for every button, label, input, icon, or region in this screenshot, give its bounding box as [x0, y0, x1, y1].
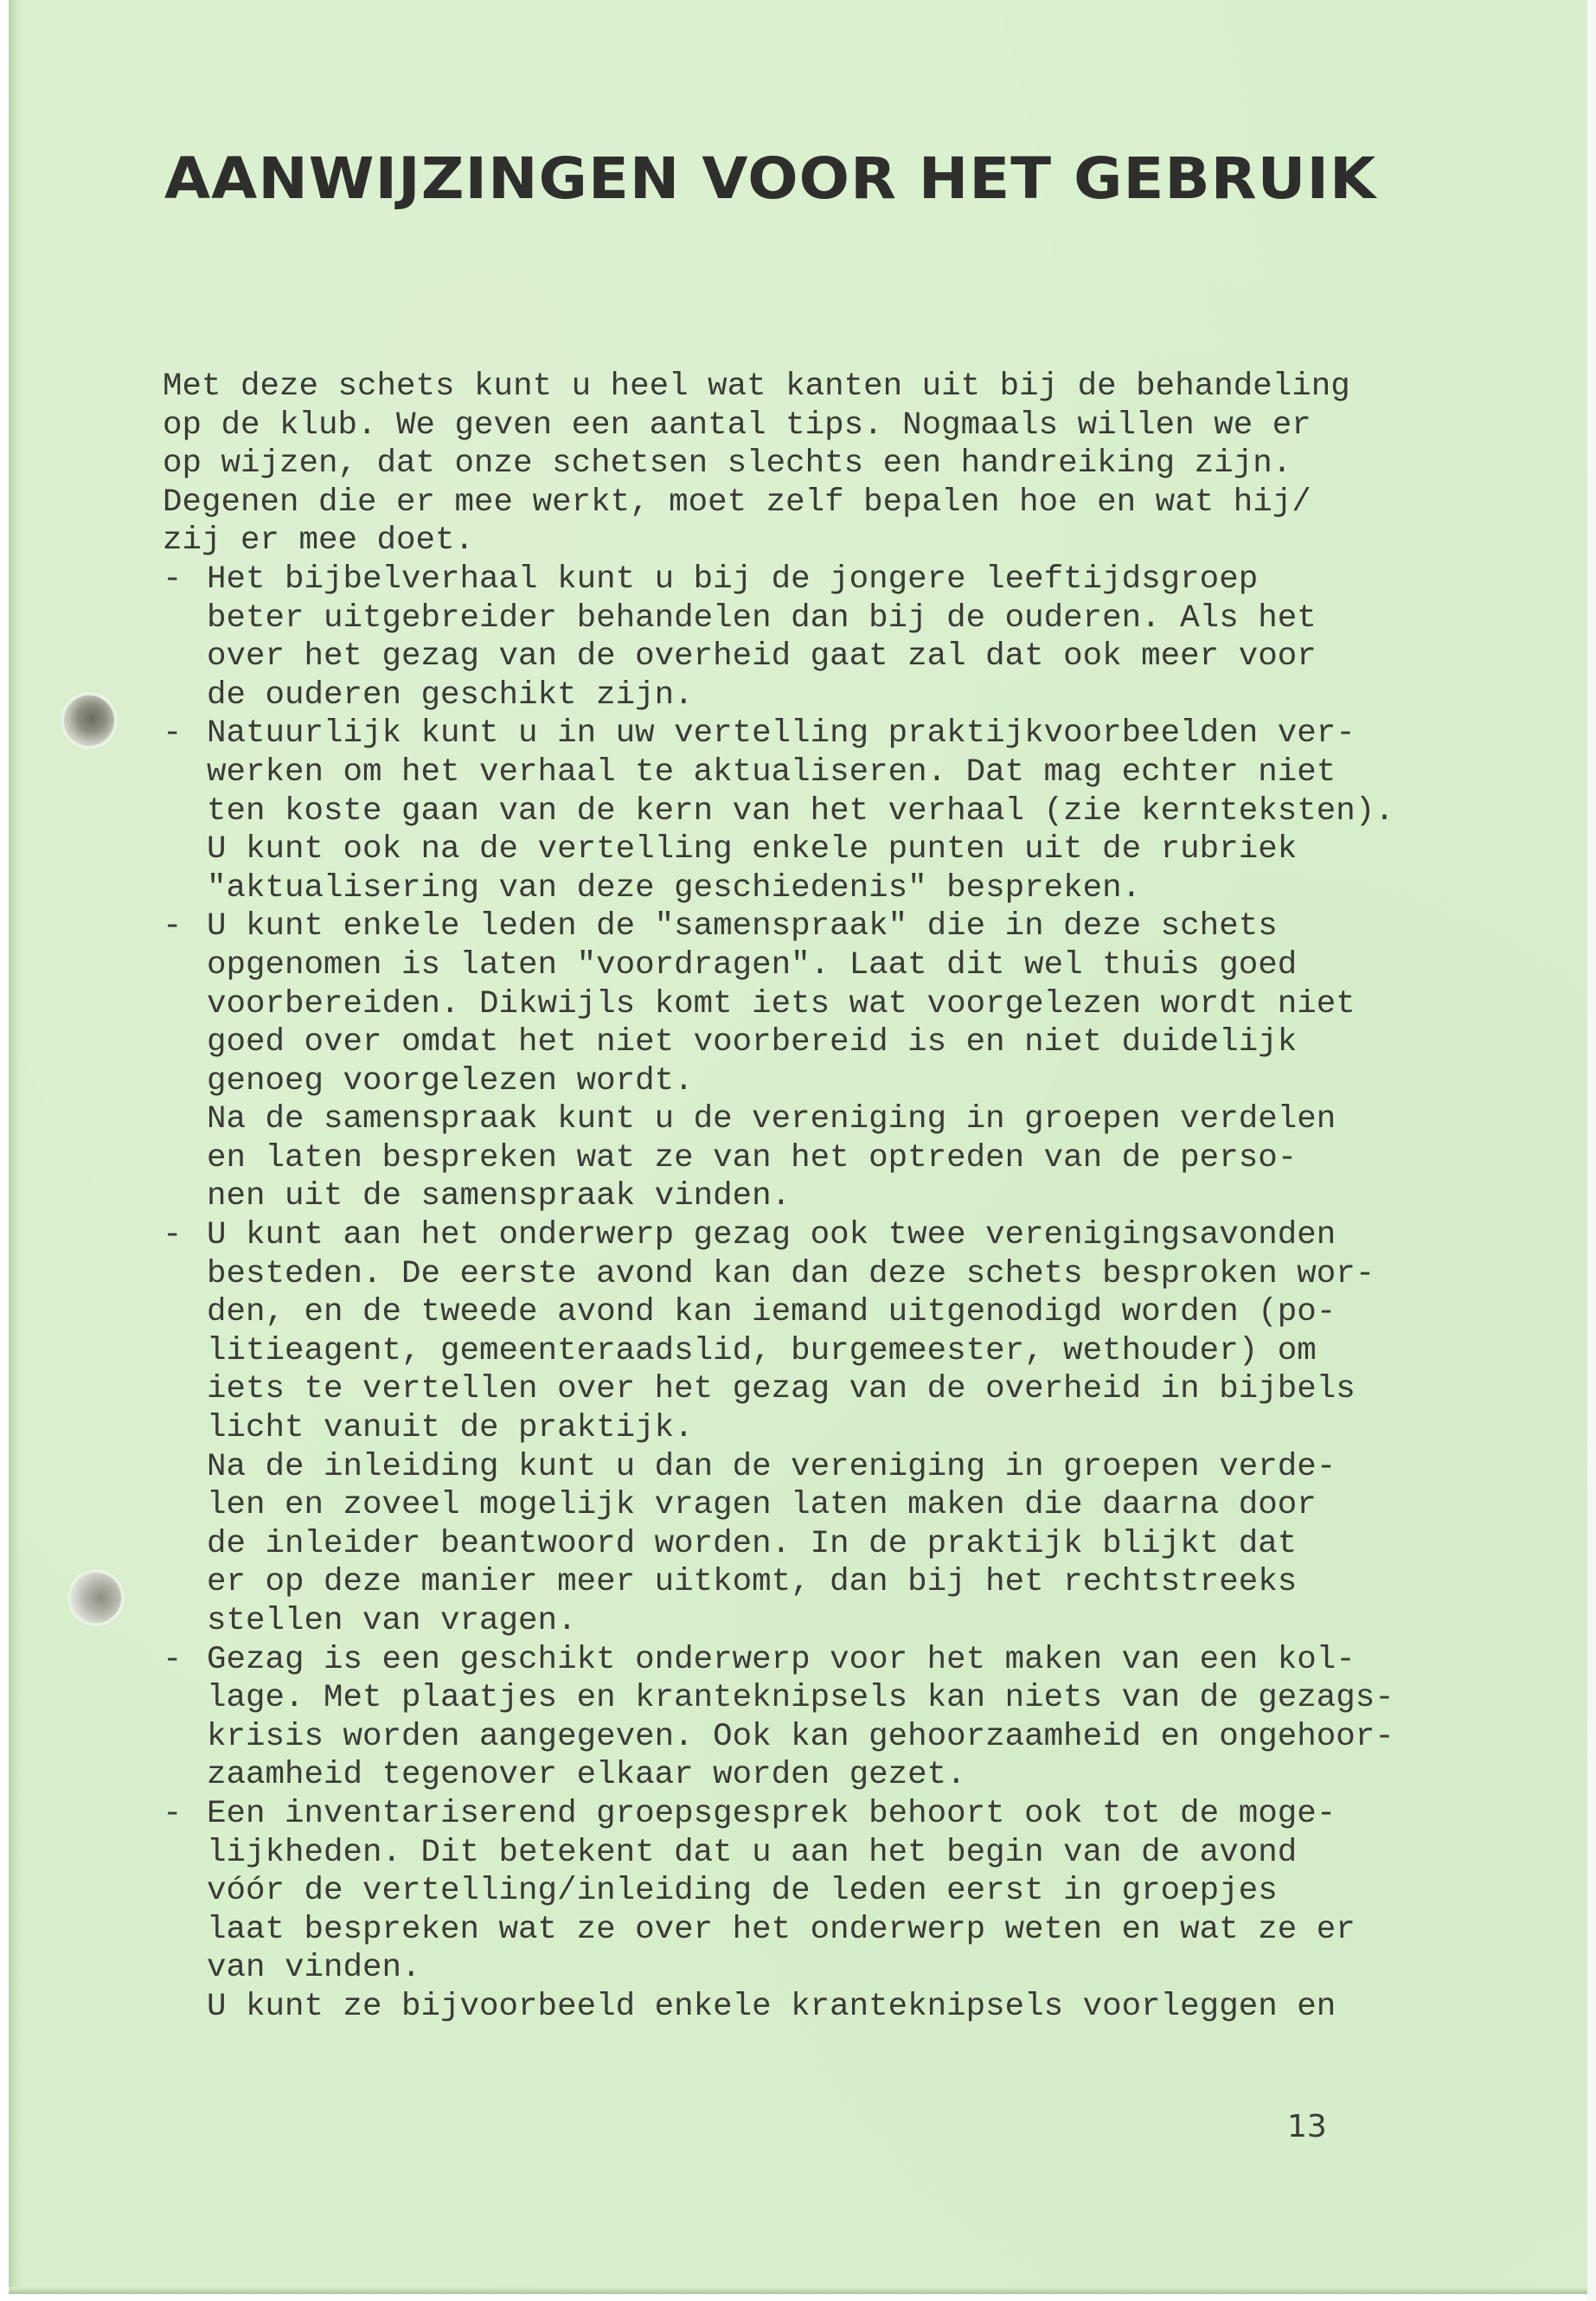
text-line: lage. Met plaatjes en kranteknipsels kan… — [163, 1679, 1460, 1718]
page-number: 13 — [1287, 2109, 1327, 2144]
line-text: den, en de tweede avond kan iemand uitge… — [207, 1294, 1336, 1330]
bullet-dash-icon: - — [163, 907, 207, 946]
document-page: AANWIJZINGEN VOOR HET GEBRUIK Met deze s… — [9, 0, 1587, 2294]
line-text: Een inventariserend groepsgesprek behoor… — [207, 1796, 1336, 1832]
line-text: Natuurlijk kunt u in uw vertelling prakt… — [207, 715, 1356, 752]
line-text: litieagent, gemeenteraadslid, burgemeest… — [207, 1333, 1317, 1369]
text-line: stellen van vragen. — [163, 1602, 1460, 1641]
list-item-start-line: -U kunt enkele leden de "samenspraak" di… — [163, 907, 1460, 946]
text-line: ten koste gaan van de kern van het verha… — [163, 792, 1460, 831]
text-line: Na de inleiding kunt u dan de vereniging… — [163, 1448, 1460, 1487]
text-line: werken om het verhaal te aktualiseren. D… — [163, 753, 1460, 792]
text-line: laat bespreken wat ze over het onderwerp… — [163, 1911, 1460, 1950]
text-line: over het gezag van de overheid gaat zal … — [163, 638, 1460, 676]
line-text: er op deze manier meer uitkomt, dan bij … — [207, 1564, 1297, 1600]
text-line: goed over omdat het niet voorbereid is e… — [163, 1023, 1460, 1062]
line-text: op de klub. We geven een aantal tips. No… — [163, 407, 1311, 444]
text-line: litieagent, gemeenteraadslid, burgemeest… — [163, 1332, 1460, 1371]
text-line: krisis worden aangegeven. Ook kan gehoor… — [163, 1718, 1460, 1757]
line-text: zij er mee doet. — [163, 522, 474, 559]
line-text: licht vanuit de praktijk. — [207, 1410, 694, 1446]
text-line: U kunt ze bijvoorbeeld enkele kranteknip… — [163, 1988, 1460, 2027]
text-line: den, en de tweede avond kan iemand uitge… — [163, 1293, 1460, 1332]
bullet-dash-icon: - — [163, 1795, 207, 1834]
text-line: op wijzen, dat onze schetsen slechts een… — [163, 445, 1460, 484]
text-line: de inleider beantwoord worden. In de pra… — [163, 1525, 1460, 1564]
line-text: op wijzen, dat onze schetsen slechts een… — [163, 445, 1292, 482]
text-line: op de klub. We geven een aantal tips. No… — [163, 407, 1460, 445]
line-text: U kunt ze bijvoorbeeld enkele kranteknip… — [207, 1989, 1336, 2025]
line-text: nen uit de samenspraak vinden. — [207, 1178, 791, 1215]
line-text: en laten bespreken wat ze van het optred… — [207, 1140, 1297, 1176]
line-text: Na de samenspraak kunt u de vereniging i… — [207, 1101, 1336, 1138]
text-line: "aktualisering van deze geschiedenis" be… — [163, 869, 1460, 908]
line-text: over het gezag van de overheid gaat zal … — [207, 638, 1317, 675]
line-text: lage. Met plaatjes en kranteknipsels kan… — [207, 1680, 1394, 1716]
line-text: werken om het verhaal te aktualiseren. D… — [207, 754, 1336, 791]
text-line: voorbereiden. Dikwijls komt iets wat voo… — [163, 985, 1460, 1024]
line-text: vóór de vertelling/inleiding de leden ee… — [207, 1873, 1278, 1909]
text-line: zaamheid tegenover elkaar worden gezet. — [163, 1756, 1460, 1795]
line-text: Het bijbelverhaal kunt u bij de jongere … — [207, 561, 1258, 598]
bullet-dash-icon: - — [163, 715, 207, 753]
list-item-start-line: -U kunt aan het onderwerp gezag ook twee… — [163, 1216, 1460, 1255]
line-text: ten koste gaan van de kern van het verha… — [207, 793, 1394, 830]
text-line: de ouderen geschikt zijn. — [163, 676, 1460, 715]
line-text: van vinden. — [207, 1950, 421, 1986]
punch-hole-icon — [71, 1573, 121, 1623]
line-text: Na de inleiding kunt u dan de vereniging… — [207, 1449, 1336, 1485]
line-text: Met deze schets kunt u heel wat kanten u… — [163, 369, 1350, 405]
list-item-start-line: -Het bijbelverhaal kunt u bij de jongere… — [163, 561, 1460, 599]
page-bottom-edge — [9, 2287, 1587, 2294]
text-line: van vinden. — [163, 1949, 1460, 1988]
line-text: Degenen die er mee werkt, moet zelf bepa… — [163, 484, 1311, 521]
text-line: er op deze manier meer uitkomt, dan bij … — [163, 1563, 1460, 1602]
text-line: Degenen die er mee werkt, moet zelf bepa… — [163, 484, 1460, 522]
body-text: Met deze schets kunt u heel wat kanten u… — [163, 368, 1460, 2027]
line-text: stellen van vragen. — [207, 1603, 577, 1639]
line-text: len en zoveel mogelijk vragen laten make… — [207, 1487, 1317, 1523]
line-text: lijkheden. Dit betekent dat u aan het be… — [207, 1835, 1297, 1871]
line-text: krisis worden aangegeven. Ook kan gehoor… — [207, 1719, 1394, 1755]
line-text: genoeg voorgelezen wordt. — [207, 1063, 694, 1099]
text-line: Met deze schets kunt u heel wat kanten u… — [163, 368, 1460, 407]
text-line: opgenomen is laten "voordragen". Laat di… — [163, 946, 1460, 985]
page-title: AANWIJZINGEN VOOR HET GEBRUIK — [164, 145, 1376, 212]
line-text: voorbereiden. Dikwijls komt iets wat voo… — [207, 986, 1356, 1022]
line-text: goed over omdat het niet voorbereid is e… — [207, 1024, 1297, 1061]
text-line: len en zoveel mogelijk vragen laten make… — [163, 1486, 1460, 1525]
text-line: iets te vertellen over het gezag van de … — [163, 1370, 1460, 1409]
list-item-start-line: -Een inventariserend groepsgesprek behoo… — [163, 1795, 1460, 1834]
text-line: zij er mee doet. — [163, 522, 1460, 561]
text-line: vóór de vertelling/inleiding de leden ee… — [163, 1872, 1460, 1911]
text-line: U kunt ook na de vertelling enkele punte… — [163, 830, 1460, 869]
line-text: U kunt aan het onderwerp gezag ook twee … — [207, 1217, 1336, 1253]
bullet-dash-icon: - — [163, 1216, 207, 1255]
text-line: en laten bespreken wat ze van het optred… — [163, 1139, 1460, 1178]
line-text: de inleider beantwoord worden. In de pra… — [207, 1526, 1297, 1562]
text-line: genoeg voorgelezen wordt. — [163, 1062, 1460, 1101]
list-item-start-line: -Gezag is een geschikt onderwerp voor he… — [163, 1641, 1460, 1680]
page-left-edge — [9, 0, 21, 2294]
list-item-start-line: -Natuurlijk kunt u in uw vertelling prak… — [163, 715, 1460, 753]
text-line: Na de samenspraak kunt u de vereniging i… — [163, 1100, 1460, 1139]
line-text: "aktualisering van deze geschiedenis" be… — [207, 870, 1141, 907]
line-text: besteden. De eerste avond kan dan deze s… — [207, 1256, 1375, 1292]
bullet-dash-icon: - — [163, 1641, 207, 1680]
line-text: beter uitgebreider behandelen dan bij de… — [207, 600, 1317, 637]
text-line: licht vanuit de praktijk. — [163, 1409, 1460, 1448]
line-text: U kunt ook na de vertelling enkele punte… — [207, 831, 1297, 868]
text-line: lijkheden. Dit betekent dat u aan het be… — [163, 1834, 1460, 1873]
text-line: besteden. De eerste avond kan dan deze s… — [163, 1255, 1460, 1294]
line-text: de ouderen geschikt zijn. — [207, 677, 694, 714]
line-text: laat bespreken wat ze over het onderwerp… — [207, 1912, 1356, 1948]
line-text: U kunt enkele leden de "samenspraak" die… — [207, 908, 1278, 945]
punch-hole-icon — [64, 695, 114, 746]
text-line: beter uitgebreider behandelen dan bij de… — [163, 599, 1460, 638]
line-text: zaamheid tegenover elkaar worden gezet. — [207, 1757, 966, 1793]
bullet-dash-icon: - — [163, 561, 207, 599]
text-line: nen uit de samenspraak vinden. — [163, 1177, 1460, 1216]
scan-margin — [1587, 0, 1596, 2301]
line-text: Gezag is een geschikt onderwerp voor het… — [207, 1642, 1356, 1678]
line-text: iets te vertellen over het gezag van de … — [207, 1371, 1356, 1407]
line-text: opgenomen is laten "voordragen". Laat di… — [207, 947, 1297, 984]
